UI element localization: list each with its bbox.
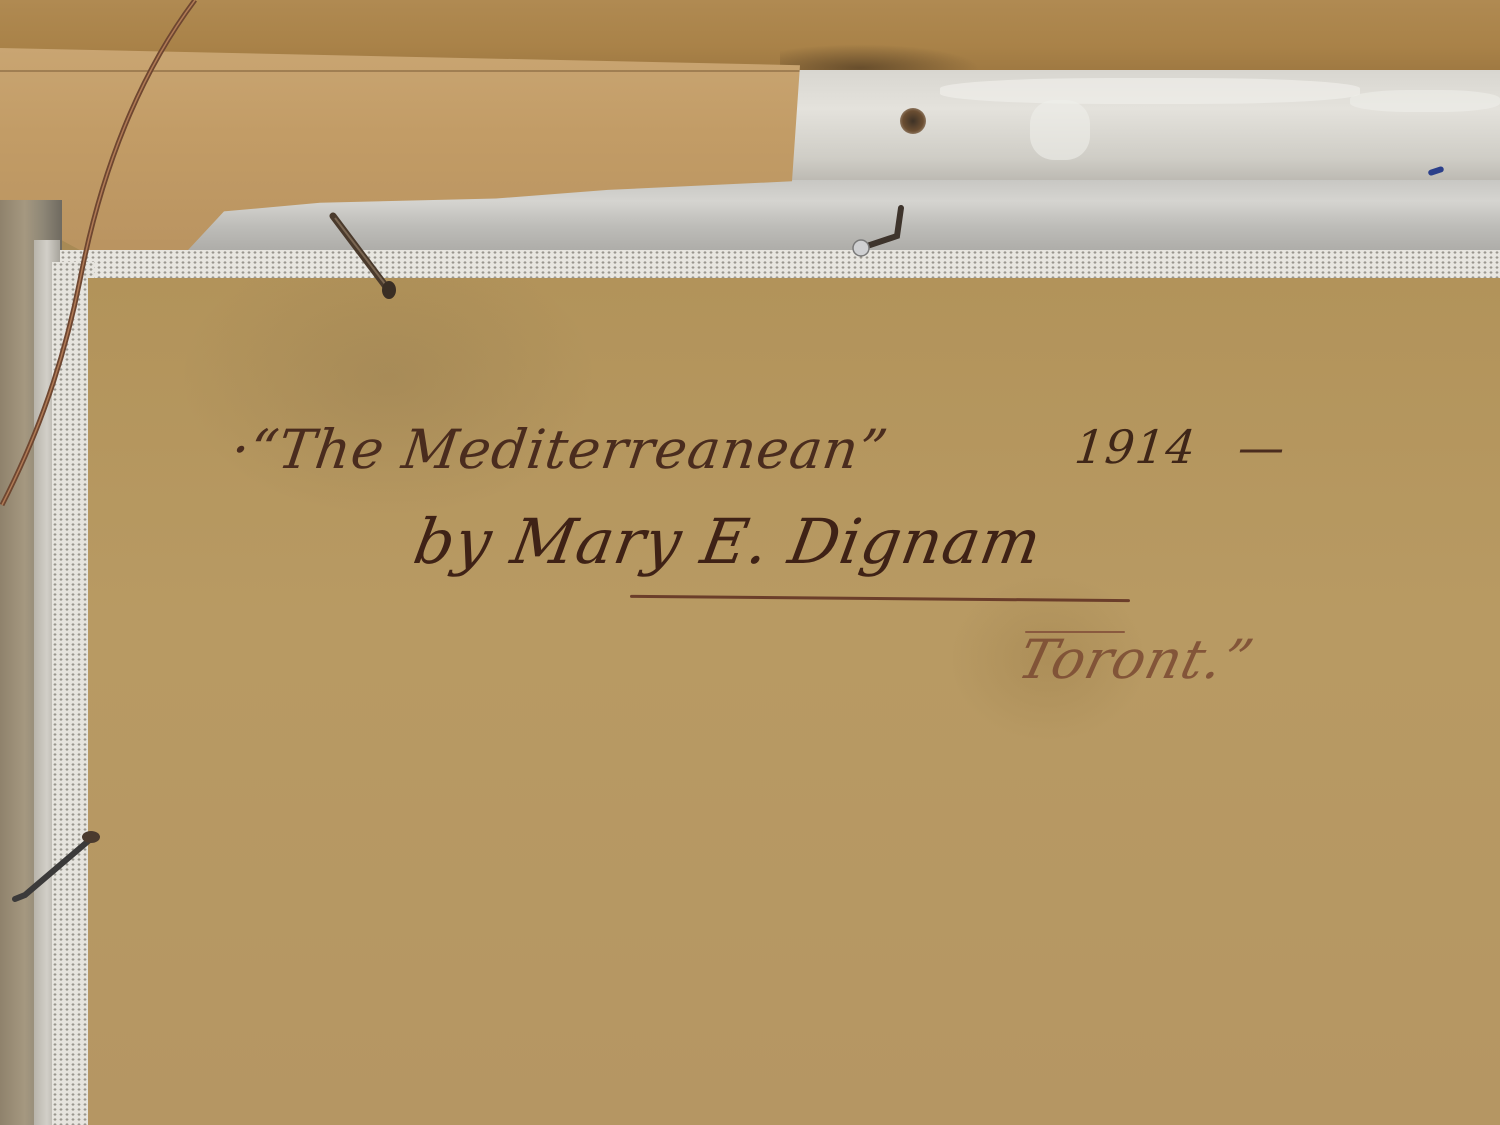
screw-hole [900,108,926,134]
inscription-title: ·“The Mediterreanean” [228,418,892,481]
inscription-year: 1914 [1072,420,1199,474]
backing-board [88,278,1500,1125]
stretcher-bar [790,70,1500,180]
photo-scene: ·“The Mediterreanean” 1914 — by Mary E. … [0,0,1500,1125]
woven-tape-top [60,250,1500,280]
paper-crease [0,70,800,72]
paint-flake [1030,100,1090,160]
blue-paint-chip [1427,166,1444,177]
inscription-dash: — [1238,420,1285,474]
paint-flake [940,78,1360,104]
inscription-byline: by Mary E. Dignam [409,505,1048,578]
inscription-city: Toront.” [1012,628,1260,691]
paint-flake [1350,90,1500,112]
